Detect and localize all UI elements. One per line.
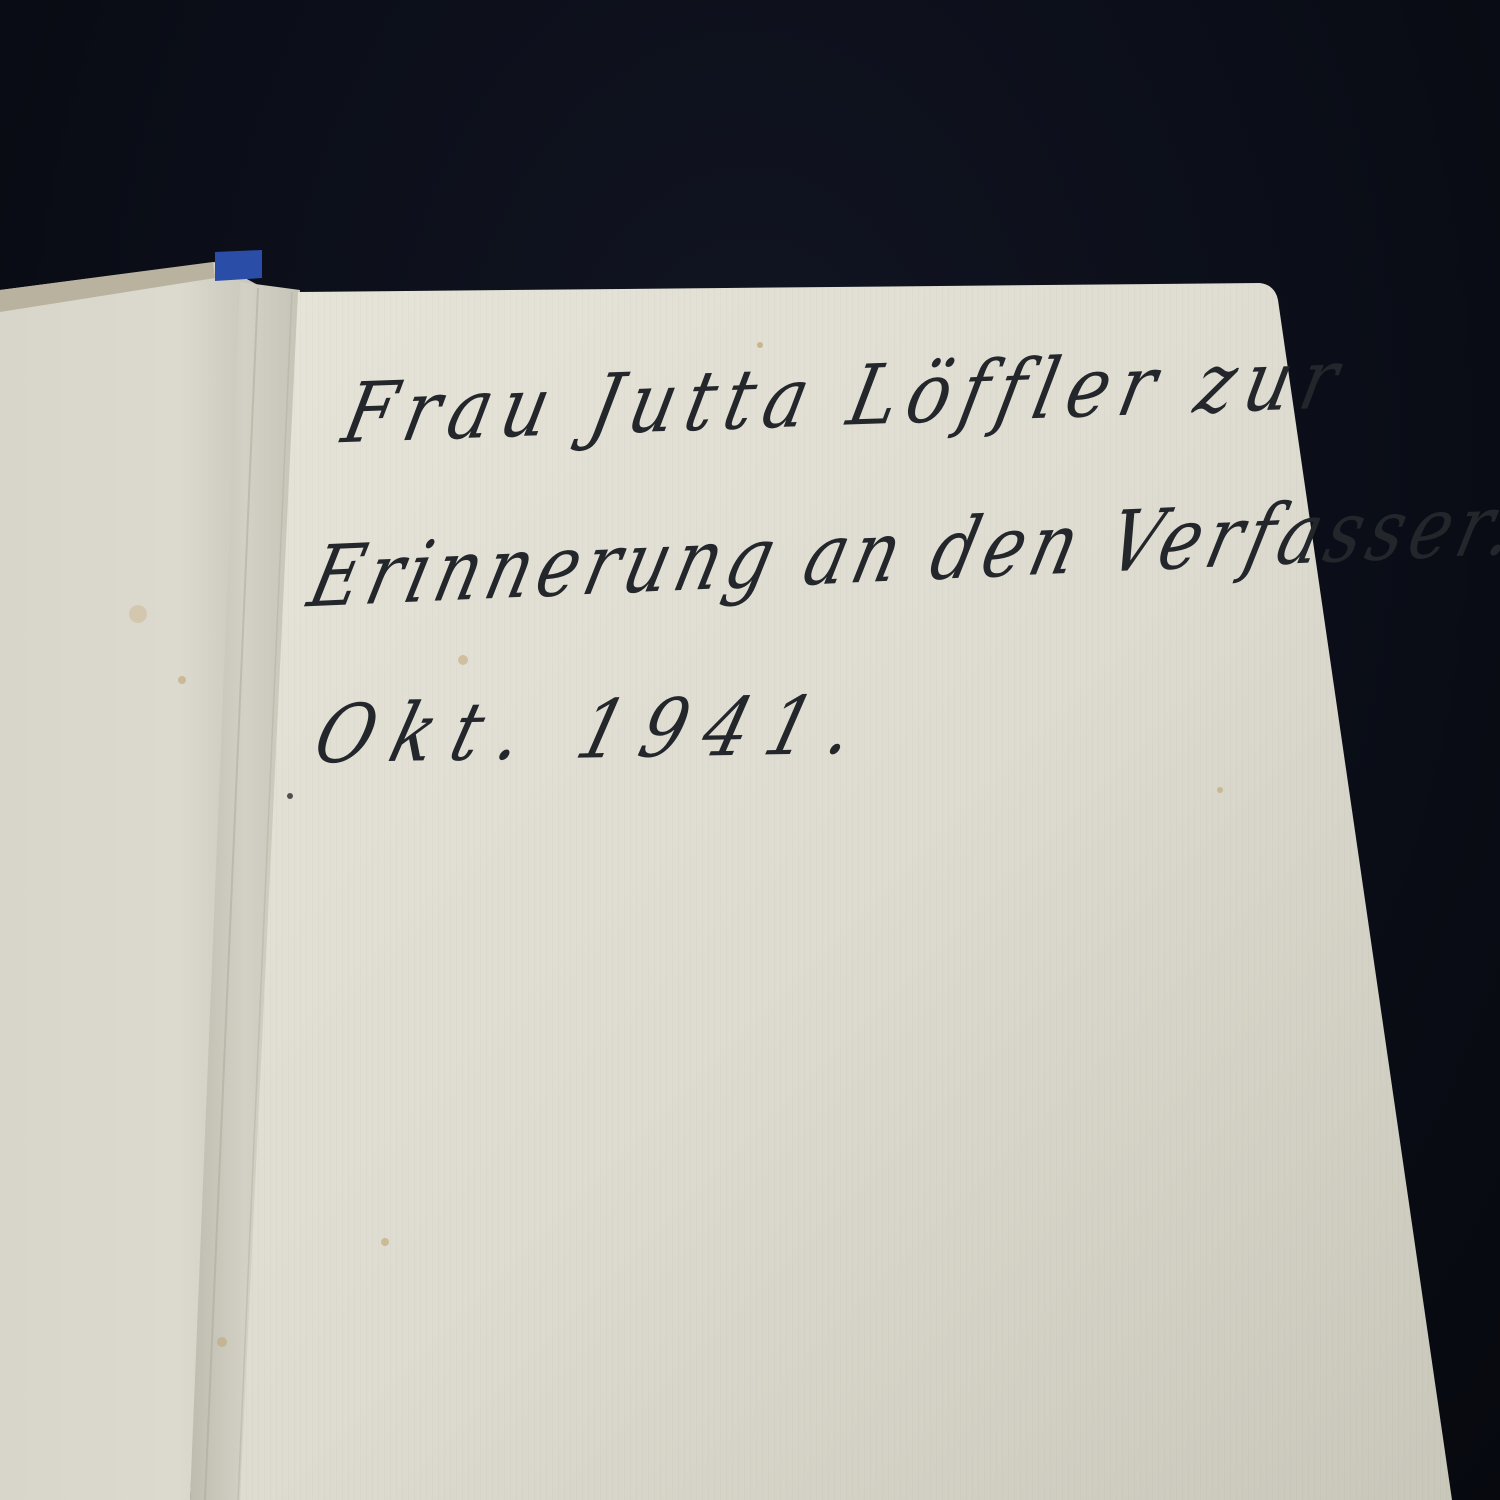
headband: [215, 250, 262, 281]
book-photo: Frau Jutta Löffler zur Erinnerung an den…: [0, 0, 1500, 1500]
open-book: [0, 0, 1500, 1500]
